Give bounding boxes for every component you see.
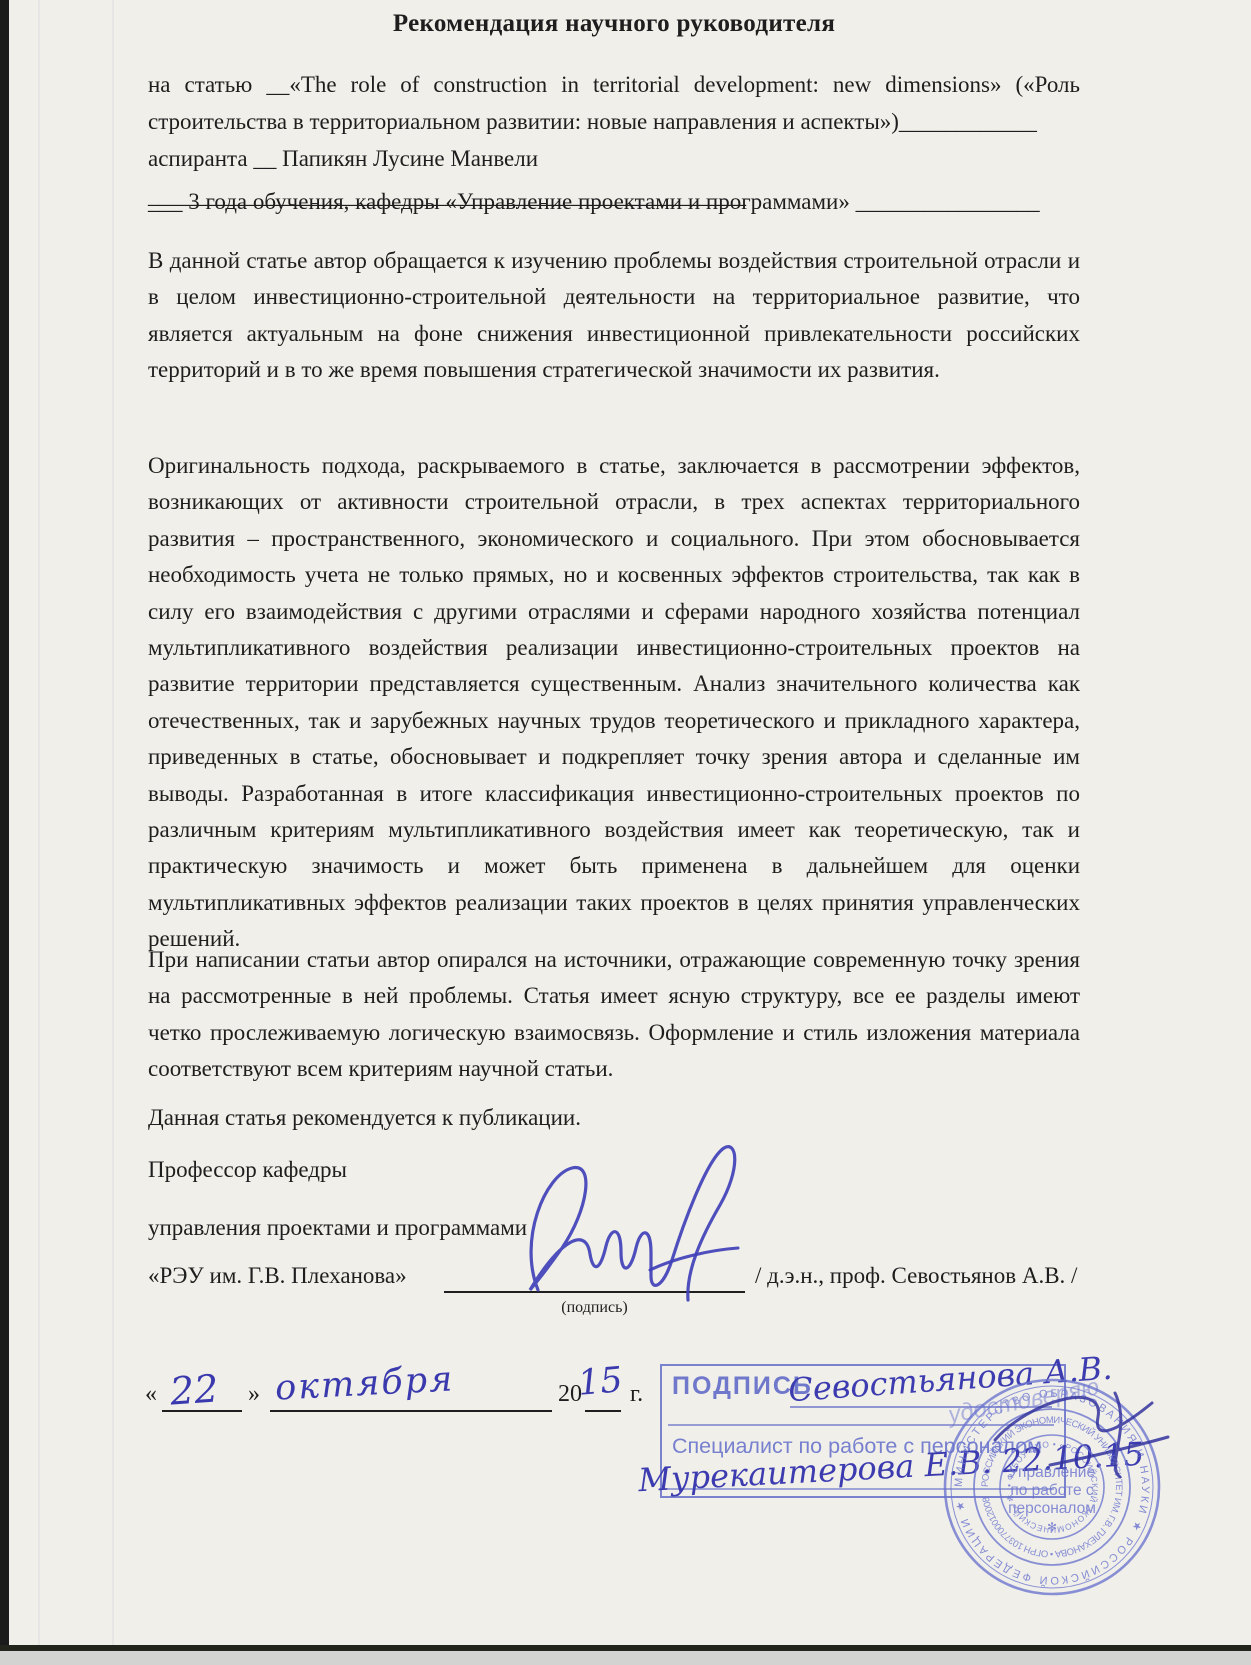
round-official-stamp: МИНИСТЕРСТВО ОБРАЗОВАНИЯ И НАУКИ ★ РОССИ… [900,1345,1220,1645]
handwritten-month: октября [274,1359,455,1408]
scan-bottom-band [0,1651,1251,1665]
header-course-line: ___ 3 года обучения, кафедры «Управление… [148,183,1080,220]
date-open-quote: « [145,1381,157,1408]
stamp-center-line2: по работе с [1010,1482,1094,1499]
page-title: Рекомендация научного руководителя [148,10,1080,38]
stamp-center-line1: Управление [1009,1464,1095,1481]
header-article-line: на статью __«The role of construction in… [148,66,1080,140]
date-close-quote: » [248,1381,260,1408]
paper-crease [38,0,40,1650]
signer-name: / д.э.н., проф. Севостьянов А.В. / [755,1263,1077,1289]
paragraph-3: При написании статьи автор опирался на и… [148,942,1080,1088]
date-month-blank [270,1410,552,1412]
handwritten-year: 15 [576,1360,624,1404]
date-year-suffix: г. [630,1381,643,1408]
handwritten-signature [500,1130,750,1320]
scan-left-edge [0,0,9,1652]
paragraph-2: Оригинальность подхода, раскрываемого в … [148,448,1080,958]
paper-crease [112,0,114,1650]
date-year-blank [585,1410,621,1412]
stamp-center-line3: персоналом [1008,1500,1096,1517]
stamp-center-star: ✻ [1047,1520,1057,1534]
scanned-recommendation-letter: Рекомендация научного руководителя на ст… [0,0,1251,1665]
university-name: «РЭУ им. Г.В. Плеханова» [148,1263,407,1289]
paragraph-1: В данной статье автор обращается к изуче… [148,243,1080,389]
handwritten-day: 22 [169,1366,220,1413]
